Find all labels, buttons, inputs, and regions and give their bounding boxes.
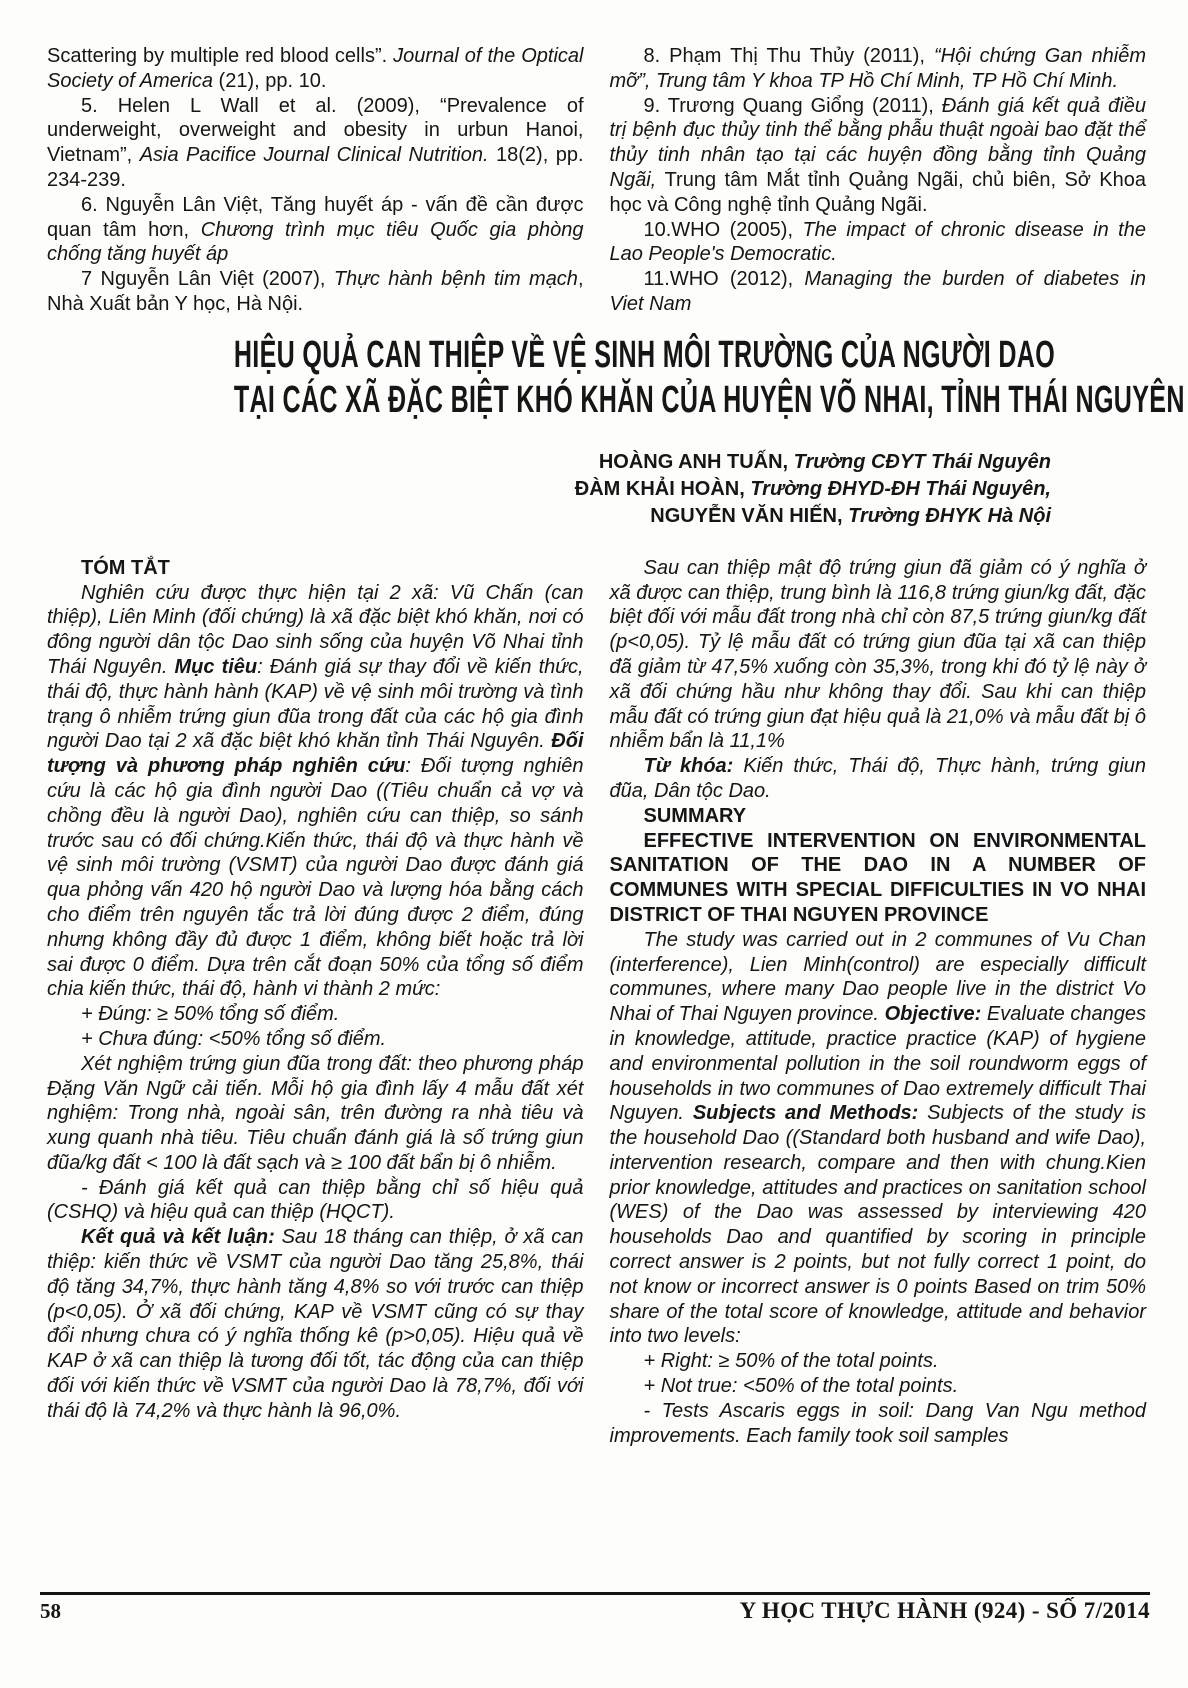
article-title-line-1: HIỆU QUẢ CAN THIỆP VỀ VỆ SINH MÔI TRƯỜNG…	[234, 333, 959, 378]
abstract-paragraph: Xét nghiệm trứng giun đũa trong đất: the…	[47, 1052, 584, 1176]
summary-bullet: + Not true: <50% of the total points.	[610, 1374, 1147, 1399]
reference-item: 11.WHO (2012), Managing the burden of di…	[610, 267, 1147, 317]
author-line: HOÀNG ANH TUẤN, Trường CĐYT Thái Nguyên	[47, 449, 1051, 476]
article-header: HIỆU QUẢ CAN THIỆP VỀ VỆ SINH MÔI TRƯỜNG…	[47, 333, 1146, 530]
summary-bullet: + Right: ≥ 50% of the total points.	[610, 1349, 1147, 1374]
reference-item: 7 Nguyễn Lân Việt (2007), Thực hành bệnh…	[47, 267, 584, 317]
abstract-heading: TÓM TẮT	[47, 556, 584, 581]
page-footer: 58 Y HỌC THỰC HÀNH (924) - SỐ 7/2014	[40, 1592, 1150, 1624]
author-line: NGUYỄN VĂN HIẾN, Trường ĐHYK Hà Nội	[47, 503, 1051, 530]
abstract-paragraph: - Đánh giá kết quả can thiệp bằng chỉ số…	[47, 1176, 584, 1226]
summary-intro-paragraph: Sau can thiệp mật độ trứng giun đã giảm …	[610, 556, 1147, 754]
reference-item: Scattering by multiple red blood cells”.…	[47, 44, 584, 94]
journal-page: Scattering by multiple red blood cells”.…	[0, 0, 1188, 1688]
abstract-section: TÓM TẮT Nghiên cứu được thực hiện tại 2 …	[47, 556, 1146, 1449]
abstract-bullet: + Đúng: ≥ 50% tổng số điểm.	[47, 1002, 584, 1027]
summary-english-title: EFFECTIVE INTERVENTION ON ENVIRONMENTAL …	[610, 829, 1147, 928]
abstract-paragraph: Nghiên cứu được thực hiện tại 2 xã: Vũ C…	[47, 581, 584, 1003]
article-title: HIỆU QUẢ CAN THIỆP VỀ VỆ SINH MÔI TRƯỜNG…	[47, 333, 1146, 423]
abstract-column-english: Sau can thiệp mật độ trứng giun đã giảm …	[610, 556, 1147, 1449]
reference-item: 5. Helen L Wall et al. (2009), “Prevalen…	[47, 94, 584, 193]
references-section: Scattering by multiple red blood cells”.…	[47, 44, 1146, 317]
reference-item: 6. Nguyễn Lân Việt, Tăng huyết áp - vấn …	[47, 193, 584, 267]
summary-paragraph: - Tests Ascaris eggs in soil: Dang Van N…	[610, 1399, 1147, 1449]
footer-rule	[40, 1592, 1150, 1595]
author-block: HOÀNG ANH TUẤN, Trường CĐYT Thái Nguyên …	[47, 449, 1051, 530]
summary-heading: SUMMARY	[610, 804, 1147, 829]
references-column-left: Scattering by multiple red blood cells”.…	[47, 44, 584, 317]
footer-row: 58 Y HỌC THỰC HÀNH (924) - SỐ 7/2014	[40, 1598, 1150, 1624]
reference-item: 10.WHO (2005), The impact of chronic dis…	[610, 218, 1147, 268]
article-title-line-2: TẠI CÁC XÃ ĐẶC BIỆT KHÓ KHĂN CỦA HUYỆN V…	[234, 378, 959, 423]
page-content: Scattering by multiple red blood cells”.…	[0, 0, 1188, 1448]
keywords-paragraph: Từ khóa: Kiến thức, Thái độ, Thực hành, …	[610, 754, 1147, 804]
author-line: ĐÀM KHẢI HOÀN, Trường ĐHYD-ĐH Thái Nguyê…	[47, 476, 1051, 503]
abstract-paragraph: Kết quả và kết luận: Sau 18 tháng can th…	[47, 1225, 584, 1423]
reference-item: 8. Phạm Thị Thu Thủy (2011), “Hội chứng …	[610, 44, 1147, 94]
abstract-column-vietnamese: TÓM TẮT Nghiên cứu được thực hiện tại 2 …	[47, 556, 584, 1449]
journal-name: Y HỌC THỰC HÀNH (924) - SỐ 7/2014	[740, 1598, 1150, 1624]
reference-item: 9. Trương Quang Giổng (2011), Đánh giá k…	[610, 94, 1147, 218]
page-number: 58	[40, 1599, 61, 1624]
summary-body-paragraph: The study was carried out in 2 communes …	[610, 928, 1147, 1350]
references-column-right: 8. Phạm Thị Thu Thủy (2011), “Hội chứng …	[610, 44, 1147, 317]
abstract-bullet: + Chưa đúng: <50% tổng số điểm.	[47, 1027, 584, 1052]
